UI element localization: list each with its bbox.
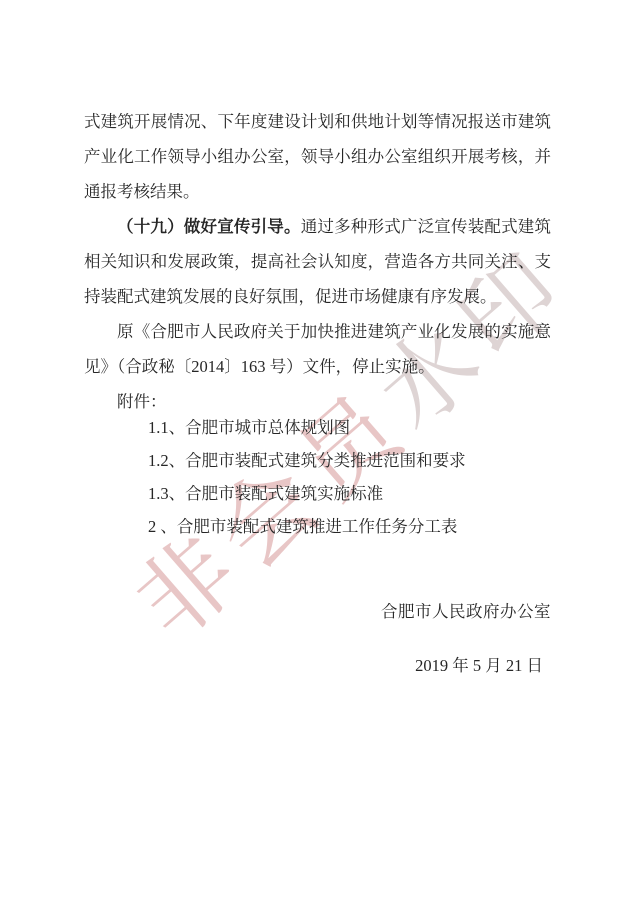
document-page: 非会员水印 式建筑开展情况、下年度建设计划和供地计划等情况报送市建筑产业化工作领… xyxy=(0,0,636,900)
document-body: 式建筑开展情况、下年度建设计划和供地计划等情况报送市建筑产业化工作领导小组办公室… xyxy=(84,104,551,683)
attachment-item-3: 1.3、合肥市装配式建筑实施标准 xyxy=(148,477,551,510)
paragraph-continuation: 式建筑开展情况、下年度建设计划和供地计划等情况报送市建筑产业化工作领导小组办公室… xyxy=(84,104,551,209)
issue-date: 2019 年 5 月 21 日 xyxy=(84,648,551,683)
paragraph-19: （十九）做好宣传引导。通过多种形式广泛宣传装配式建筑相关知识和发展政策，提高社会… xyxy=(84,209,551,314)
issuing-office-signature: 合肥市人民政府办公室 xyxy=(84,594,551,629)
paragraph-19-heading: （十九）做好宣传引导。 xyxy=(117,217,301,236)
attachment-item-1: 1.1、合肥市城市总体规划图 xyxy=(148,411,551,444)
attachment-item-4: 2 、合肥市装配式建筑推进工作任务分工表 xyxy=(148,510,551,543)
paragraph-repeal: 原《合肥市人民政府关于加快推进建筑产业化发展的实施意见》（合政秘〔2014〕16… xyxy=(84,314,551,384)
attachment-item-2: 1.2、合肥市装配式建筑分类推进范围和要求 xyxy=(148,444,551,477)
attachments-list: 1.1、合肥市城市总体规划图 1.2、合肥市装配式建筑分类推进范围和要求 1.3… xyxy=(148,411,551,543)
